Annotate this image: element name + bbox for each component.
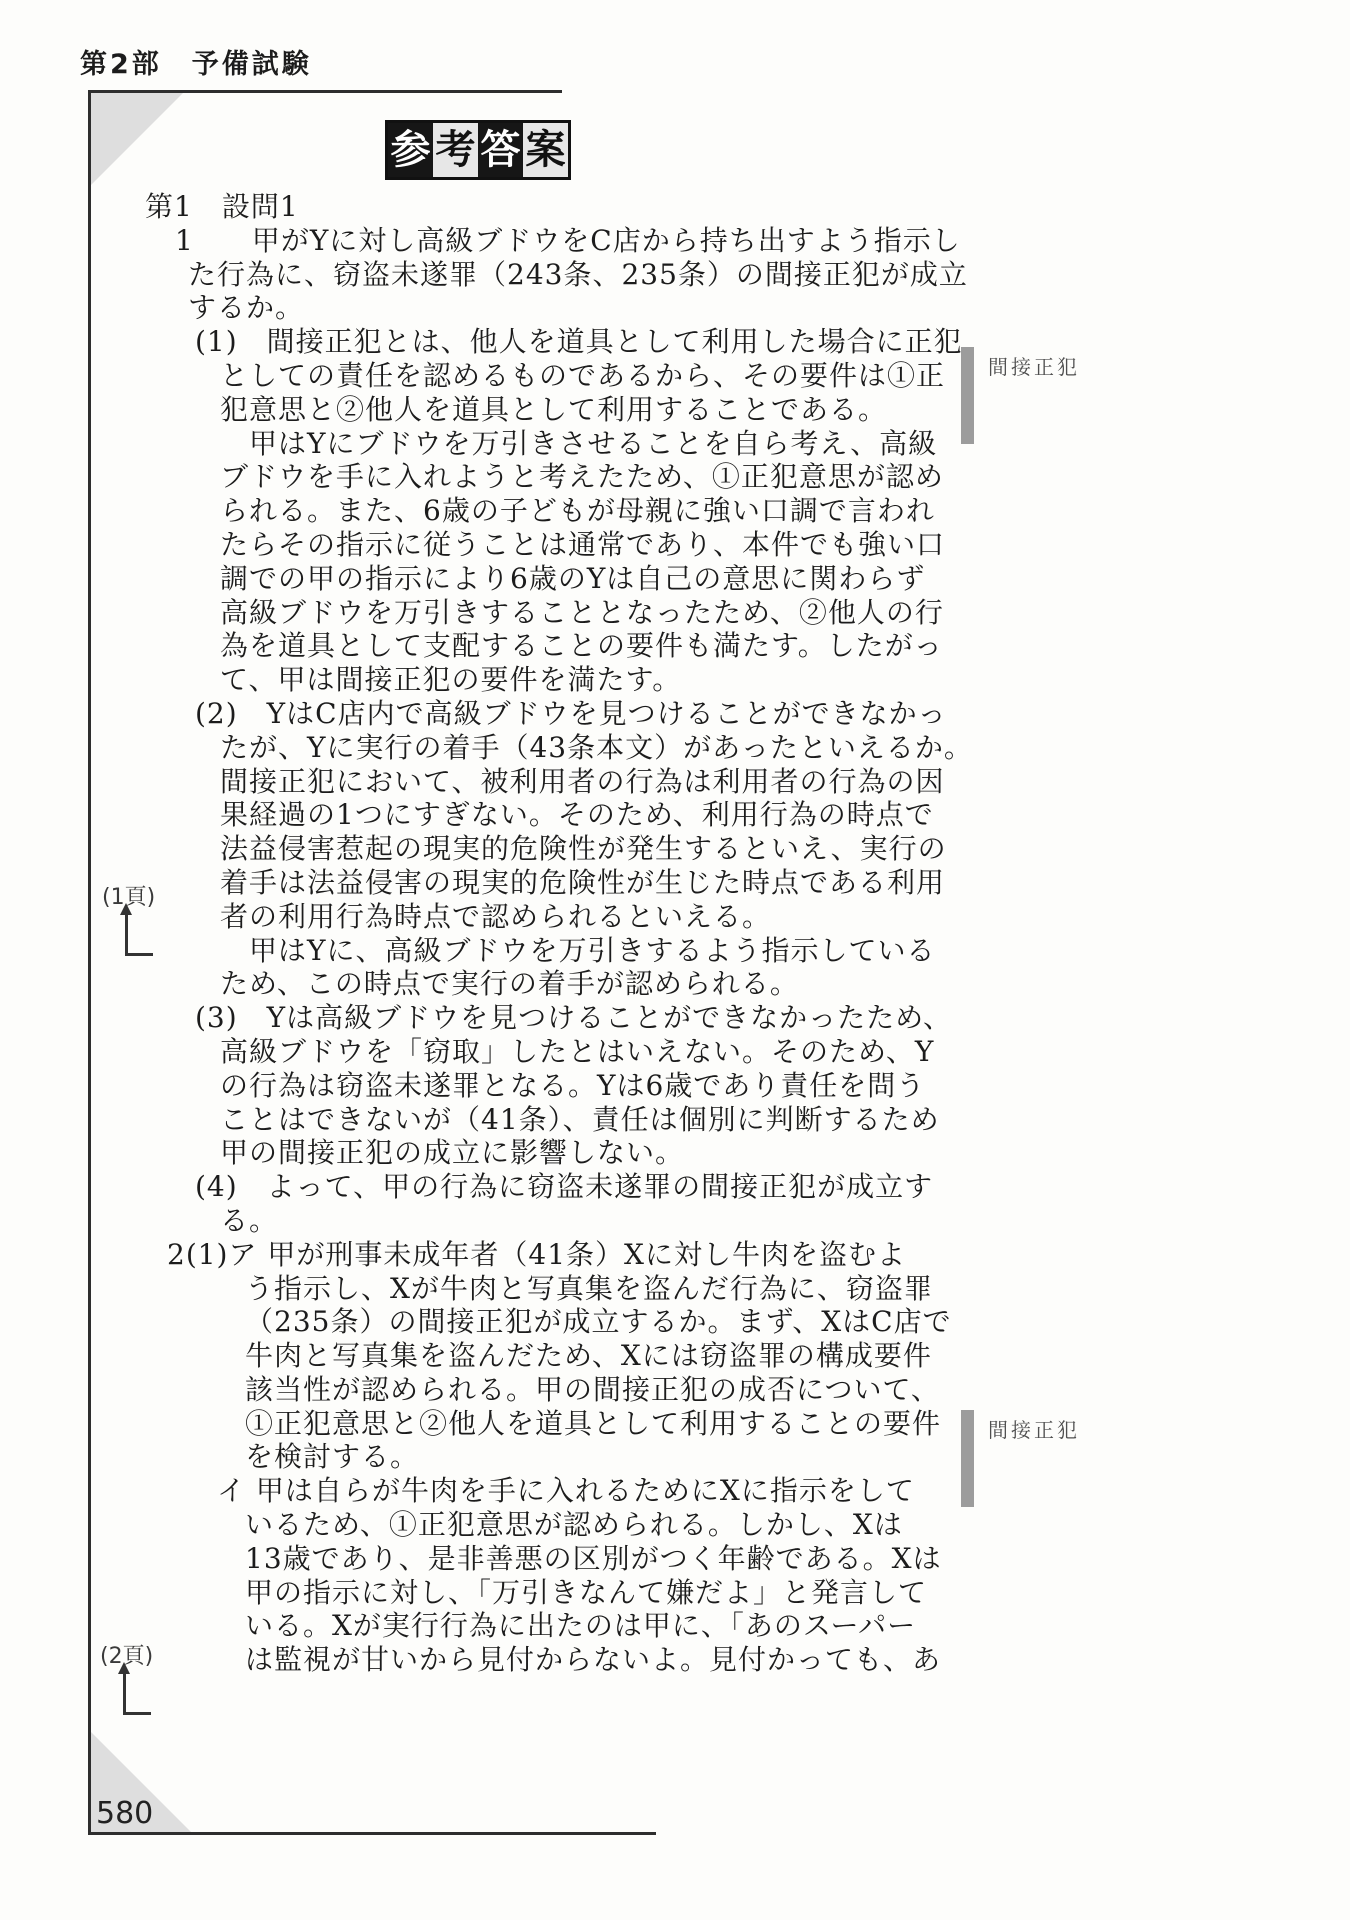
text-line: 着手は法益侵害の現実的危険性が生じた時点である利用 [145, 866, 965, 900]
margin-note-bar [961, 347, 974, 444]
text-line: 甲の指示に対し、「万引きなんて嫌だよ」と発言して [145, 1576, 965, 1610]
text-line: イ 甲は自らが牛肉を手に入れるためにXに指示をして [145, 1474, 965, 1508]
text-line: するか。 [145, 291, 965, 325]
text-line: る。 [145, 1204, 965, 1238]
footer-rule [88, 1832, 656, 1835]
reference-answer-title: 参 考 答 案 [385, 120, 571, 180]
margin-note-label: 間接正犯 [988, 351, 1080, 380]
left-border-line [88, 90, 91, 1834]
text-line: ことはできないが（41条）、責任は個別に判断するため [145, 1103, 965, 1137]
text-line: 為を道具として支配することの要件も満たす。したがっ [145, 629, 965, 663]
text-line: 法益侵害惹起の現実的危険性が発生するといえ、実行の [145, 832, 965, 866]
text-line: 高級ブドウを「窃取」したとはいえない。そのため、Y [145, 1035, 965, 1069]
text-line: 者の利用行為時点で認められるといえる。 [145, 900, 965, 934]
text-line: いるため、①正犯意思が認められる。しかし、Xは [145, 1508, 965, 1542]
text-line: (1) 間接正犯とは、他人を道具として利用した場合に正犯 [145, 325, 965, 359]
corner-triangle-top [91, 93, 183, 185]
text-line: 該当性が認められる。甲の間接正犯の成否について、 [145, 1373, 965, 1407]
arrow-line [123, 1673, 126, 1715]
text-line: て、甲は間接正犯の要件を満たす。 [145, 663, 965, 697]
text-line: ①正犯意思と②他人を道具として利用することの要件 [145, 1407, 965, 1441]
title-char: 答 [478, 123, 523, 177]
text-line: 甲はYにブドウを万引きさせることを自ら考え、高級 [145, 427, 965, 461]
title-char: 考 [433, 123, 478, 177]
title-char: 参 [388, 123, 433, 177]
arrow-line [125, 914, 128, 956]
text-line: 2(1)ア 甲が刑事未成年者（41条）Xに対し牛肉を盗むよ [145, 1238, 965, 1272]
text-line: 第1 設問1 [145, 190, 965, 224]
text-line: いる。Xが実行行為に出たのは甲に、「あのスーパー [145, 1609, 965, 1643]
text-line: たが、Yに実行の着手（43条本文）があったといえるか。 [145, 731, 965, 765]
text-line: を検討する。 [145, 1440, 965, 1474]
text-line: 調での甲の指示により6歳のYは自己の意思に関わらず [145, 562, 965, 596]
text-line: としての責任を認めるものであるから、その要件は①正 [145, 359, 965, 393]
text-line: 犯意思と②他人を道具として利用することである。 [145, 393, 965, 427]
text-line: (3) Yは高級ブドウを見つけることができなかったため、 [145, 1001, 965, 1035]
text-line: 甲はYに、高級ブドウを万引きするよう指示している [145, 934, 965, 968]
arrow-line [123, 1712, 151, 1715]
text-line: 牛肉と写真集を盗んだため、Xには窃盗罪の構成要件 [145, 1339, 965, 1373]
text-line: 果経過の1つにすぎない。そのため、利用行為の時点で [145, 798, 965, 832]
text-line: は監視が甘いから見付からないよ。見付かっても、あ [145, 1643, 965, 1677]
answer-body: 第1 設問11 甲がYに対し高級ブドウをC店から持ち出すよう指示した行為に、窃盗… [145, 190, 965, 1677]
text-line: (4) よって、甲の行為に窃盗未遂罪の間接正犯が成立す [145, 1170, 965, 1204]
text-line: 甲の間接正犯の成立に影響しない。 [145, 1136, 965, 1170]
text-line: 13歳であり、是非善悪の区別がつく年齢である。Xは [145, 1542, 965, 1576]
title-char: 案 [523, 123, 568, 177]
text-line: の行為は窃盗未遂罪となる。Yは6歳であり責任を問う [145, 1069, 965, 1103]
page-number: 580 [96, 1796, 153, 1831]
text-line: 高級ブドウを万引きすることとなったため、②他人の行 [145, 596, 965, 630]
margin-note-label: 間接正犯 [988, 1414, 1080, 1443]
text-line: (2) YはC店内で高級ブドウを見つけることができなかっ [145, 697, 965, 731]
part-header: 第2部 予備試験 [80, 42, 312, 81]
text-line: られる。また、6歳の子どもが母親に強い口調で言われ [145, 494, 965, 528]
text-line: 間接正犯において、被利用者の行為は利用者の行為の因 [145, 765, 965, 799]
margin-note-bar [961, 1410, 974, 1507]
text-line: た行為に、窃盗未遂罪（243条、235条）の間接正犯が成立 [145, 258, 965, 292]
text-line: ブドウを手に入れようと考えたため、①正犯意思が認め [145, 460, 965, 494]
text-line: う指示し、Xが牛肉と写真集を盗んだ行為に、窃盗罪 [145, 1272, 965, 1306]
arrow-line [125, 953, 153, 956]
text-line: たらその指示に従うことは通常であり、本件でも強い口 [145, 528, 965, 562]
text-line: （235条）の間接正犯が成立するか。まず、XはC店で [145, 1305, 965, 1339]
text-line: ため、この時点で実行の着手が認められる。 [145, 967, 965, 1001]
text-line: 1 甲がYに対し高級ブドウをC店から持ち出すよう指示し [145, 224, 965, 258]
book-page: 第2部 予備試験 580 参 考 答 案 第1 設問11 甲がYに対し高級ブドウ… [0, 0, 1350, 1920]
